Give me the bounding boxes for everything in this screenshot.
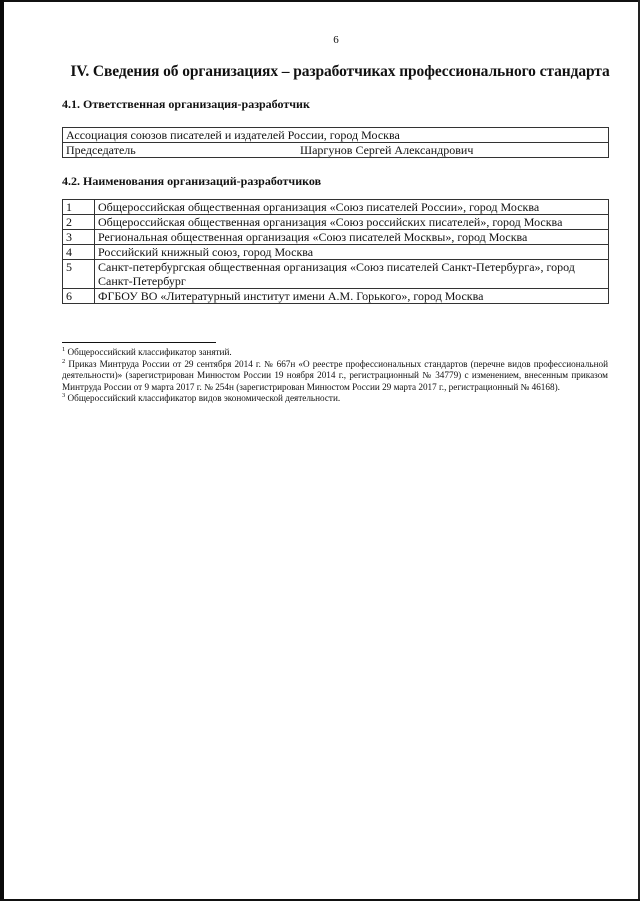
footnote-text: Приказ Минтруда России от 29 сентября 20… <box>62 359 608 392</box>
organization-name: Санкт-петербургская общественная организ… <box>95 260 609 289</box>
scan-border-left <box>0 0 4 901</box>
table-row: 4Российский книжный союз, город Москва <box>63 245 609 260</box>
page-number: 6 <box>0 34 640 46</box>
role-label: Председатель <box>63 143 298 158</box>
organization-name: Региональная общественная организация «С… <box>95 230 609 245</box>
person-name: Шаргунов Сергей Александрович <box>297 143 609 158</box>
footnotes: 1 Общероссийский классификатор занятий.2… <box>62 347 608 405</box>
organization-name: Общероссийская общественная организация … <box>95 215 609 230</box>
footnote-mark: 1 <box>62 346 65 353</box>
table-row: 2Общероссийская общественная организация… <box>63 215 609 230</box>
developer-organizations-table: 1Общероссийская общественная организация… <box>62 199 609 304</box>
table-row: Ассоциация союзов писателей и издателей … <box>63 128 609 143</box>
footnote: 3 Общероссийский классификатор видов эко… <box>62 393 608 405</box>
section-title: IV. Сведения об организациях – разработч… <box>40 63 640 81</box>
row-number: 5 <box>63 260 95 289</box>
row-number: 1 <box>63 200 95 215</box>
table-row: 6ФГБОУ ВО «Литературный институт имени А… <box>63 289 609 304</box>
organization-name: Ассоциация союзов писателей и издателей … <box>63 128 609 143</box>
scan-border-top <box>0 0 640 2</box>
responsible-organization-table: Ассоциация союзов писателей и издателей … <box>62 127 609 158</box>
table-row: Председатель Шаргунов Сергей Александров… <box>63 143 609 158</box>
footnote-text: Общероссийский классификатор занятий. <box>68 347 232 357</box>
footnote-separator <box>62 342 216 343</box>
footnote-text: Общероссийский классификатор видов эконо… <box>68 393 341 403</box>
table-row: 3Региональная общественная организация «… <box>63 230 609 245</box>
row-number: 4 <box>63 245 95 260</box>
footnote: 1 Общероссийский классификатор занятий. <box>62 347 608 359</box>
table-row: 1Общероссийская общественная организация… <box>63 200 609 215</box>
subsection-title-4-2: 4.2. Наименования организаций-разработчи… <box>62 174 321 189</box>
row-number: 6 <box>63 289 95 304</box>
footnote-mark: 2 <box>62 357 65 364</box>
organization-name: Российский книжный союз, город Москва <box>95 245 609 260</box>
footnote: 2 Приказ Минтруда России от 29 сентября … <box>62 359 608 394</box>
organization-name: Общероссийская общественная организация … <box>95 200 609 215</box>
row-number: 3 <box>63 230 95 245</box>
subsection-title-4-1: 4.1. Ответственная организация-разработч… <box>62 97 310 112</box>
footnote-mark: 3 <box>62 392 65 399</box>
row-number: 2 <box>63 215 95 230</box>
table-row: 5Санкт-петербургская общественная органи… <box>63 260 609 289</box>
organization-name: ФГБОУ ВО «Литературный институт имени А.… <box>95 289 609 304</box>
